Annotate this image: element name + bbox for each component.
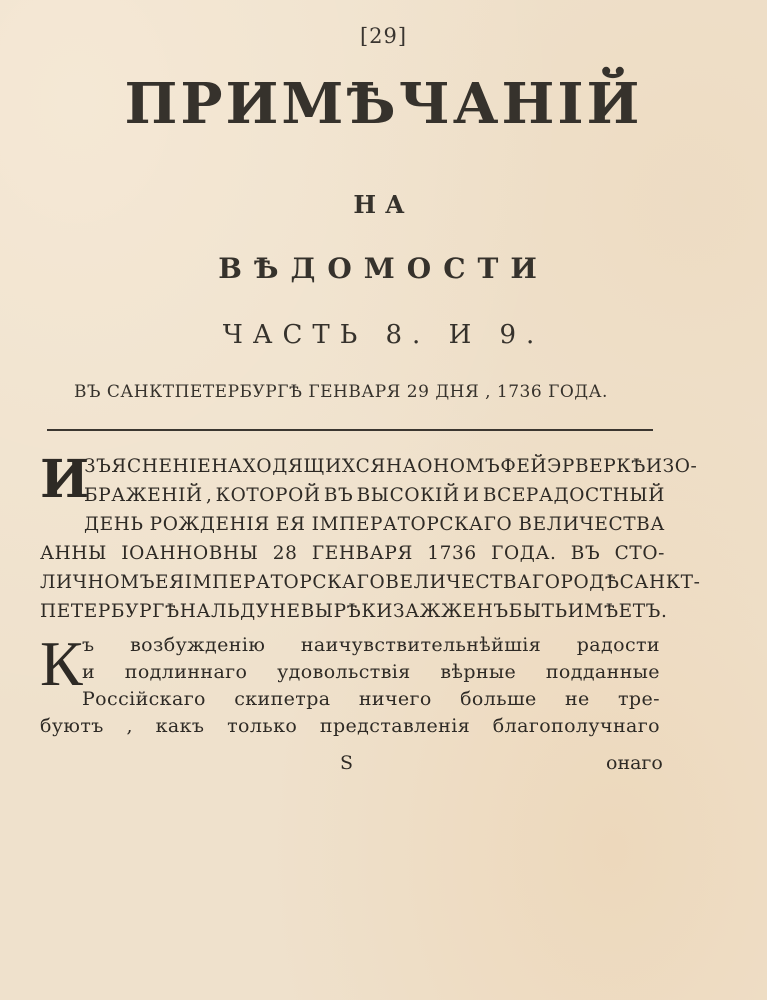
word: НАХОДЯЩИХСЯ	[211, 452, 386, 481]
text-line: буютъ , какъ только представленія благоп…	[40, 713, 660, 740]
word: ГОРОДѢ	[532, 568, 620, 597]
word: НЕВЫ	[270, 597, 334, 626]
text-line: ДЕНЬ РОЖДЕНІЯ ЕЯ ІМПЕРАТОРСКАГО ВЕЛИЧЕСТ…	[84, 510, 665, 539]
section-heading-paragraph: И ЗЪЯСНЕНІЕ НАХОДЯЩИХСЯ НА ОНОМЪ ФЕЙЭРВЕ…	[40, 452, 665, 626]
word: ВЕЛИЧЕСТВА	[518, 510, 665, 539]
word: ИМѢЕТЪ.	[568, 597, 668, 626]
word: СТО-	[615, 539, 665, 568]
word: ничего	[359, 686, 432, 713]
text-line: Россійскаго скипетра ничего больше не тр…	[82, 686, 660, 713]
word: ВЕЛИЧЕСТВА	[385, 568, 532, 597]
dropcap-k: К	[40, 632, 83, 696]
word: ВЪ	[571, 539, 601, 568]
word: вѣрные	[440, 659, 516, 686]
word: ЛЬДУ	[211, 597, 270, 626]
word: РѢКИ	[334, 597, 393, 626]
word: больше	[460, 686, 537, 713]
word: ВЪ	[324, 481, 354, 510]
word: ЗАЖЖЕНЪ	[393, 597, 509, 626]
word: какъ	[156, 713, 205, 740]
word: КОТОРОЙ	[216, 481, 321, 510]
word: тре-	[618, 686, 660, 713]
text-line: ЛИЧНОМЪ ЕЯ ІМПЕРАТОРСКАГО ВЕЛИЧЕСТВА ГОР…	[40, 568, 665, 597]
word: 1736	[427, 539, 476, 568]
word: БРАЖЕНІЙ	[84, 481, 203, 510]
body-paragraph: К ъ возбужденію наичувствительнѣйшія рад…	[40, 632, 660, 740]
word: ІОАННОВНЫ	[121, 539, 258, 568]
word: благополучнаго	[493, 713, 660, 740]
dateline: ВЪ САНКТПЕТЕРБУРГѢ ГЕНВАРЯ 29 ДНЯ , 1736…	[74, 382, 644, 402]
word: и	[82, 659, 95, 686]
word: ЕЯ	[276, 510, 306, 539]
word: ДЕНЬ	[84, 510, 144, 539]
catchword: онаго	[606, 752, 663, 774]
text-line: ъ возбужденію наичувствительнѣйшія радос…	[82, 632, 660, 659]
word: ВСЕРАДОСТНЫЙ	[483, 481, 665, 510]
word: только	[227, 713, 297, 740]
word: подданные	[546, 659, 660, 686]
word: радости	[577, 632, 660, 659]
word: наичувствительнѣйшія	[301, 632, 541, 659]
word: ПЕТЕРБУРГѢ	[40, 597, 180, 626]
text-line: БРАЖЕНІЙ , КОТОРОЙ ВЪ ВЫСОКІЙ И ВСЕРАДОС…	[84, 481, 665, 510]
page-title: ПРИМѢЧАНІЙ	[0, 76, 767, 132]
word: ІМПЕРАТОРСКАГО	[312, 510, 513, 539]
word: БЫТЬ	[509, 597, 568, 626]
word: ОНОМЪ	[417, 452, 500, 481]
word: ИЗО-	[646, 452, 697, 481]
word: ЛИЧНОМЪ	[40, 568, 155, 597]
word: САНКТ-	[620, 568, 701, 597]
word: буютъ	[40, 713, 104, 740]
word: ЗЪЯСНЕНІЕ	[84, 452, 211, 481]
word: И	[463, 481, 480, 510]
word: скипетра	[234, 686, 330, 713]
word: АННЫ	[40, 539, 107, 568]
word: удовольствія	[277, 659, 411, 686]
word: РОЖДЕНІЯ	[150, 510, 270, 539]
text-line: ПЕТЕРБУРГѢ НА ЛЬДУ НЕВЫ РѢКИ ЗАЖЖЕНЪ БЫТ…	[40, 597, 665, 626]
word: Россійскаго	[82, 686, 206, 713]
section1-lines: ЗЪЯСНЕНІЕ НАХОДЯЩИХСЯ НА ОНОМЪ ФЕЙЭРВЕРК…	[40, 452, 665, 626]
word: НА	[386, 452, 417, 481]
text-line: АННЫ ІОАННОВНЫ 28 ГЕНВАРЯ 1736 ГОДА. ВЪ …	[40, 539, 665, 568]
text-line: и подлиннаго удовольствія вѣрные подданн…	[82, 659, 660, 686]
word: ГОДА.	[491, 539, 556, 568]
signature-mark: S	[340, 752, 353, 774]
word: ЕЯ	[155, 568, 185, 597]
word: НА	[180, 597, 211, 626]
subtitle-vedomosti: ВѢДОМОСТИ	[0, 252, 767, 285]
word: ГЕНВАРЯ	[312, 539, 413, 568]
subtitle-part-number: ЧАСТЬ 8. И 9.	[0, 320, 767, 350]
word: не	[565, 686, 590, 713]
page-number: [29]	[0, 24, 767, 48]
text-line: ЗЪЯСНЕНІЕ НАХОДЯЩИХСЯ НА ОНОМЪ ФЕЙЭРВЕРК…	[84, 452, 665, 481]
word: ,	[126, 713, 132, 740]
word: ІМПЕРАТОРСКАГО	[185, 568, 386, 597]
word: ВЫСОКІЙ	[357, 481, 460, 510]
word: представленія	[320, 713, 470, 740]
subtitle-on: НА	[0, 190, 767, 219]
word: ъ	[82, 632, 95, 659]
word: ФЕЙЭРВЕРКѢ	[500, 452, 646, 481]
page-footer: S онаго	[0, 752, 767, 776]
document-page: [29] ПРИМѢЧАНІЙ НА ВѢДОМОСТИ ЧАСТЬ 8. И …	[0, 0, 767, 1000]
word: ,	[206, 481, 212, 510]
horizontal-rule	[47, 429, 653, 431]
word: 28	[273, 539, 298, 568]
word: возбужденію	[130, 632, 265, 659]
word: подлиннаго	[125, 659, 248, 686]
